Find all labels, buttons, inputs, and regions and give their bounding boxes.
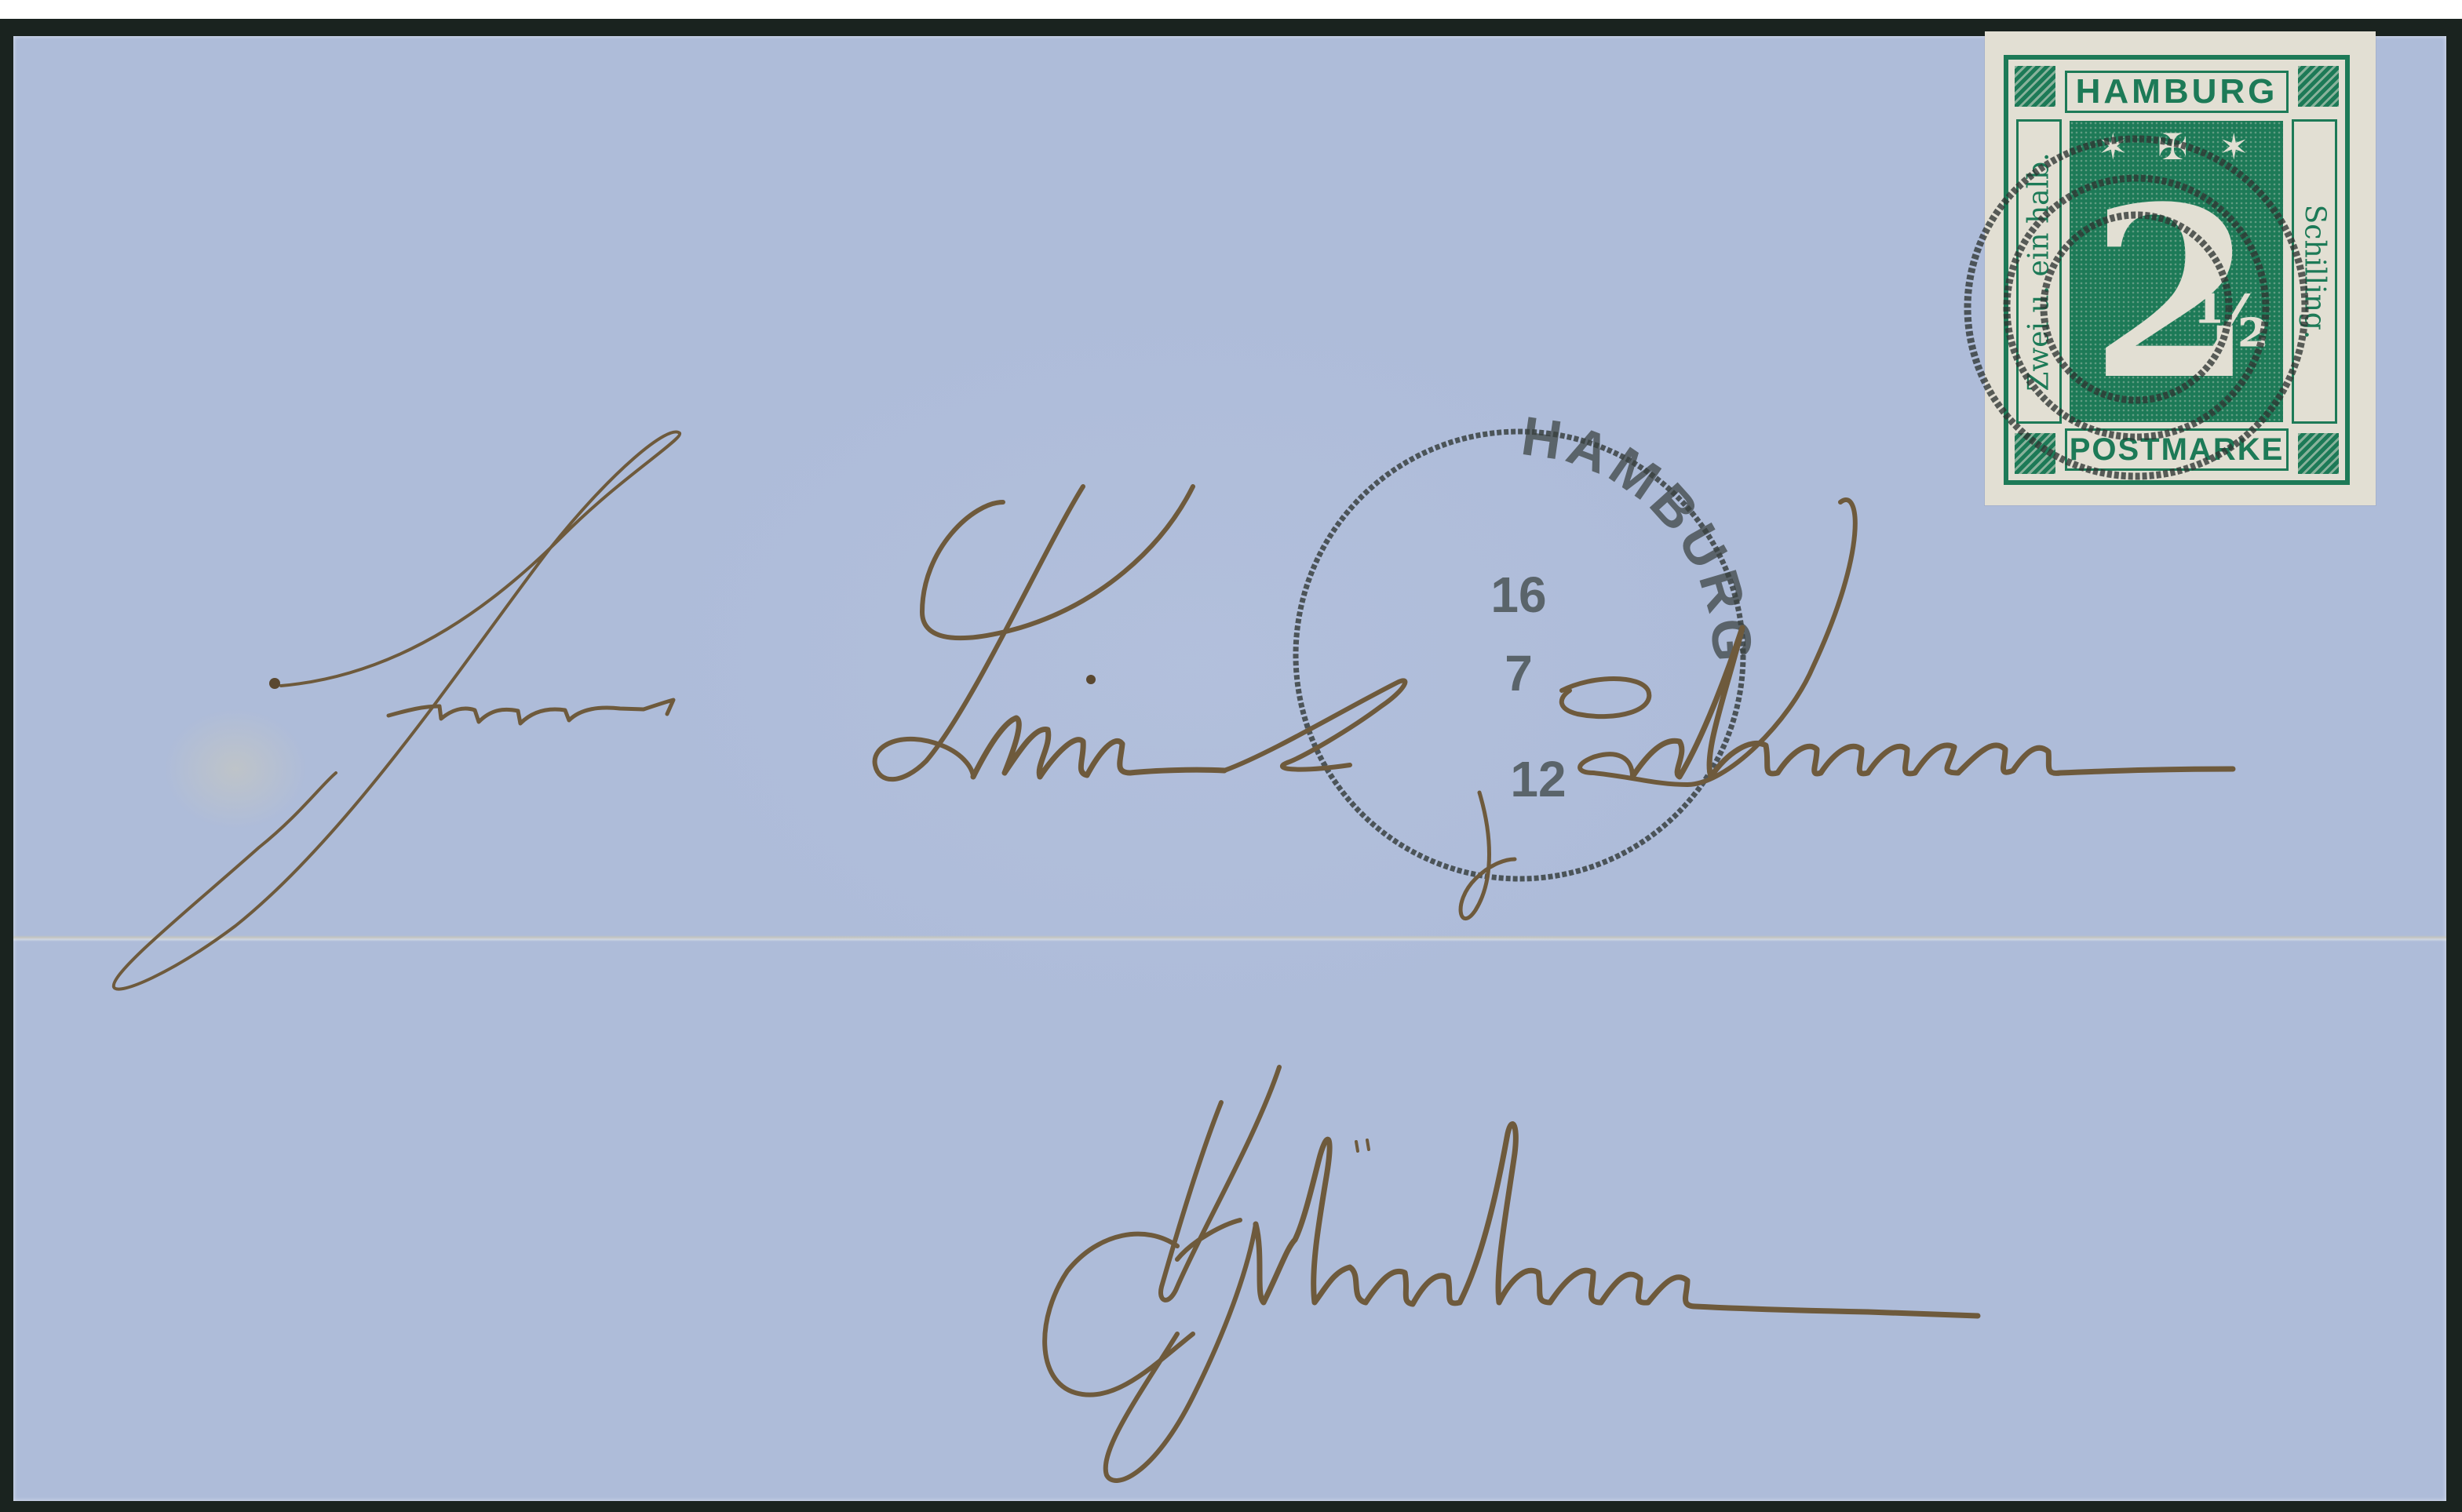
handwriting-addressee <box>875 486 2233 919</box>
numeral-ring-cancel-icon <box>1968 139 2305 476</box>
datestamp-month: 7 <box>1505 645 1533 701</box>
datestamp-hour: 12 <box>1510 751 1566 807</box>
handwriting-herren <box>114 432 680 989</box>
datestamp-town: HAMBURG <box>1518 405 1764 668</box>
svg-text:HAMBURG: HAMBURG <box>1518 405 1764 668</box>
handwriting-city <box>1045 1067 1978 1481</box>
datestamp-day: 16 <box>1490 567 1546 623</box>
hamburg-datestamp-icon: HAMBURG 16 7 12 <box>1296 405 1764 879</box>
handwriting-and-postmarks-layer: HAMBURG 16 7 12 <box>0 0 2462 1512</box>
